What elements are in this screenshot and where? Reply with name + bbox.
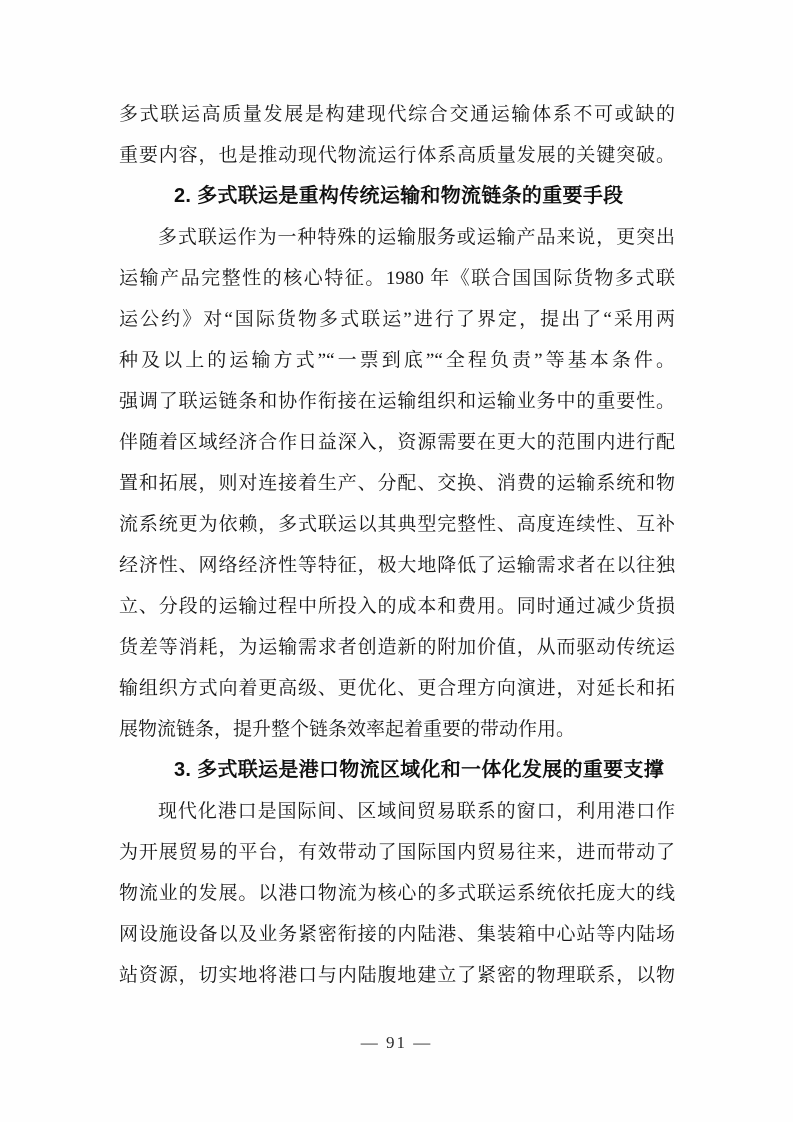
page-body: 多式联运高质量发展是构建现代综合交通运输体系不可或缺的 重要内容，也是推动现代物… (119, 94, 675, 996)
paragraph-line: 伴随着区域经济合作日益深入，资源需要在更大的范围内进行配 (119, 422, 675, 463)
paragraph-line: 输组织方式向着更高级、更优化、更合理方向演进，对延长和拓 (119, 668, 675, 709)
paragraph-line: 运输产品完整性的核心特征。1980 年《联合国国际货物多式联 (119, 258, 675, 299)
paragraph-line: 经济性、网络经济性等特征，极大地降低了运输需求者在以往独 (119, 545, 675, 586)
paragraph-line: 立、分段的运输过程中所投入的成本和费用。同时通过减少货损 (119, 586, 675, 627)
paragraph-line: 站资源，切实地将港口与内陆腹地建立了紧密的物理联系，以物 (119, 955, 675, 996)
paragraph-line: 运公约》对“国际货物多式联运”进行了界定，提出了“采用两 (119, 299, 675, 340)
paragraph-line: 为开展贸易的平台，有效带动了国际国内贸易往来，进而带动了 (119, 832, 675, 873)
paragraph-line: 重要内容，也是推动现代物流运行体系高质量发展的关键突破。 (119, 135, 675, 176)
paragraph-line: 多式联运高质量发展是构建现代综合交通运输体系不可或缺的 (119, 94, 675, 135)
section-heading-2: 2. 多式联运是重构传统运输和物流链条的重要手段 (119, 176, 675, 217)
paragraph-line: 物流业的发展。以港口物流为核心的多式联运系统依托庞大的线 (119, 873, 675, 914)
section-heading-3: 3. 多式联运是港口物流区域化和一体化发展的重要支撑 (119, 750, 675, 791)
paragraph-line: 现代化港口是国际间、区域间贸易联系的窗口，利用港口作 (119, 791, 675, 832)
paragraph-line: 货差等消耗，为运输需求者创造新的附加价值，从而驱动传统运 (119, 627, 675, 668)
paragraph-line: 网设施设备以及业务紧密衔接的内陆港、集装箱中心站等内陆场 (119, 914, 675, 955)
paragraph-line: 置和拓展，则对连接着生产、分配、交换、消费的运输系统和物 (119, 463, 675, 504)
page-number: — 91 — (0, 1033, 793, 1053)
paragraph-line: 流系统更为依赖，多式联运以其典型完整性、高度连续性、互补 (119, 504, 675, 545)
paragraph-line: 强调了联运链条和协作衔接在运输组织和运输业务中的重要性。 (119, 381, 675, 422)
document-page: 多式联运高质量发展是构建现代综合交通运输体系不可或缺的 重要内容，也是推动现代物… (0, 0, 793, 1122)
paragraph-line: 种及以上的运输方式”“一票到底”“全程负责”等基本条件。 (119, 340, 675, 381)
paragraph-line: 多式联运作为一种特殊的运输服务或运输产品来说，更突出 (119, 217, 675, 258)
paragraph-line: 展物流链条，提升整个链条效率起着重要的带动作用。 (119, 709, 675, 750)
